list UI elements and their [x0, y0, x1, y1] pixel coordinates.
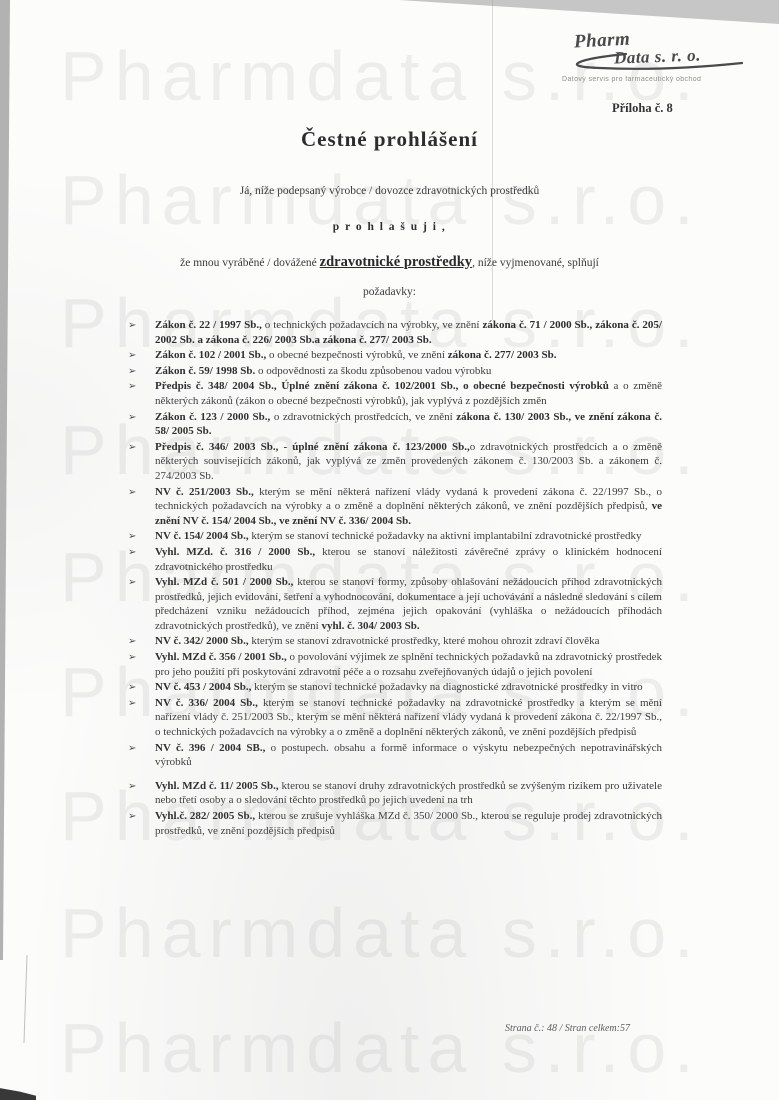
regulation-description: kterým se stanoví technické požadavky na… [251, 681, 642, 693]
regulation-reference: Zákon č. 59/ 1998 Sb. [155, 365, 255, 377]
list-item: ➢NV č. 453 / 2004 Sb., kterým se stanoví… [128, 680, 662, 695]
list-item: ➢Předpis č. 346/ 2003 Sb., - úplné znění… [128, 440, 662, 484]
regulation-reference: NV č. 342/ 2000 Sb., [155, 635, 249, 647]
regulation-reference: Zákon č. 102 / 2001 Sb., [155, 349, 266, 361]
list-item: ➢Zákon č. 59/ 1998 Sb. o odpovědnosti za… [128, 364, 662, 379]
regulation-description: kterým se stanoví zdravotnické prostředk… [249, 635, 600, 647]
intro-line-prefix: že mnou vyráběné / dovážené [180, 257, 320, 269]
logo-text-data: Data s. r. o. [614, 45, 701, 68]
intro-emphasis: zdravotnické prostředky [320, 254, 472, 270]
arrow-bullet-icon: ➢ [128, 576, 136, 591]
arrow-bullet-icon: ➢ [128, 380, 136, 395]
regulation-reference: Předpis č. 348/ 2004 Sb., Úplné znění zá… [155, 380, 609, 392]
list-item: ➢NV č. 396 / 2004 SB., o postupech. obsa… [128, 741, 662, 770]
regulation-reference: Vyhl. MZd č. 501 / 2000 Sb., [155, 576, 293, 588]
regulation-reference: vyhl. č. 304/ 2003 Sb. [321, 620, 419, 632]
regulation-reference: Zákon č. 22 / 1997 Sb., [155, 319, 262, 331]
intro-line: požadavky: [0, 286, 779, 298]
regulation-description: o technických požadavcích na výrobky, ve… [262, 319, 483, 331]
attachment-label: Příloha č. 8 [612, 101, 673, 116]
arrow-bullet-icon: ➢ [128, 365, 136, 380]
arrow-bullet-icon: ➢ [128, 651, 136, 666]
regulation-description: kterým se stanoví technické požadavky na… [249, 530, 642, 542]
arrow-bullet-icon: ➢ [128, 546, 136, 561]
document-content: Pharm Data s. r. o. Datový servis pro fa… [0, 0, 779, 1100]
regulation-description: o obecné bezpečnosti výrobků, ve znění [266, 349, 447, 361]
list-item: ➢Zákon č. 102 / 2001 Sb., o obecné bezpe… [128, 348, 662, 363]
list-item: ➢NV č. 154/ 2004 Sb., kterým se stanoví … [128, 529, 662, 544]
regulation-reference: Vyhl. MZd. č. 316 / 2000 Sb., [155, 546, 315, 558]
regulation-reference: Vyhl. MZd č. 11/ 2005 Sb., [155, 780, 279, 792]
pharmdata-logo: Pharm Data s. r. o. Datový servis pro fa… [556, 30, 756, 94]
regulation-reference: NV č. 396 / 2004 SB., [155, 742, 265, 754]
intro-line: že mnou vyráběné / dovážené zdravotnické… [0, 254, 779, 271]
regulation-description: o zdravotnických prostředcích, ve znění [270, 411, 456, 423]
declaration-word: p r o h l a š u j i , [0, 221, 779, 233]
regulation-reference: Vyhl. MZd č. 356 / 2001 Sb., [155, 651, 287, 663]
list-item: ➢Předpis č. 348/ 2004 Sb., Úplné znění z… [128, 379, 662, 408]
list-item: ➢Vyhl.č. 282/ 2005 Sb., kterou se zrušuj… [128, 809, 662, 838]
page-title: Čestné prohlášení [0, 127, 779, 152]
arrow-bullet-icon: ➢ [128, 635, 136, 650]
list-item: ➢Vyhl. MZd č. 356 / 2001 Sb., o povolová… [128, 650, 662, 679]
list-item: ➢Zákon č. 22 / 1997 Sb., o technických p… [128, 318, 662, 347]
list-item: ➢NV č. 342/ 2000 Sb., kterým se stanoví … [128, 634, 662, 649]
intro-line-suffix: , níže vyjmenované, splňují [472, 257, 599, 269]
arrow-bullet-icon: ➢ [128, 349, 136, 364]
arrow-bullet-icon: ➢ [128, 810, 136, 825]
arrow-bullet-icon: ➢ [128, 411, 136, 426]
list-item: ➢Vyhl. MZd č. 11/ 2005 Sb., kterou se st… [128, 779, 662, 808]
list-item: ➢Vyhl. MZd. č. 316 / 2000 Sb., kterou se… [128, 545, 662, 574]
arrow-bullet-icon: ➢ [128, 319, 136, 334]
list-item: ➢Vyhl. MZd č. 501 / 2000 Sb., kterou se … [128, 575, 662, 633]
regulation-reference: NV č. 154/ 2004 Sb., [155, 530, 249, 542]
regulation-description: o odpovědnosti za škodu způsobenou vadou… [255, 365, 491, 377]
scanned-document-page: Pharmdata s.r.o.Pharmdata s.r.o.Pharmdat… [0, 0, 779, 1100]
list-item: ➢NV č. 251/2003 Sb., kterým se mění někt… [128, 485, 662, 529]
arrow-bullet-icon: ➢ [128, 441, 136, 456]
arrow-bullet-icon: ➢ [128, 697, 136, 712]
regulation-reference: Předpis č. 346/ 2003 Sb., - úplné znění … [155, 441, 470, 453]
regulation-reference: zákona č. 277/ 2003 Sb. [448, 349, 557, 361]
regulation-reference: Zákon č. 123 / 2000 Sb., [155, 411, 270, 423]
intro-line: Já, níže podepsaný výrobce / dovozce zdr… [0, 185, 779, 197]
regulation-list: ➢Zákon č. 22 / 1997 Sb., o technických p… [128, 318, 662, 839]
logo-tagline: Datový servis pro farmaceutický obchod [562, 76, 762, 83]
regulation-reference: NV č. 251/2003 Sb., [155, 486, 254, 498]
page-number-footer: Strana č.: 48 / Stran celkem:57 [505, 1023, 630, 1034]
arrow-bullet-icon: ➢ [128, 742, 136, 757]
regulation-reference: NV č. 453 / 2004 Sb., [155, 681, 251, 693]
arrow-bullet-icon: ➢ [128, 530, 136, 545]
regulation-reference: NV č. 336/ 2004 Sb., [155, 697, 258, 709]
arrow-bullet-icon: ➢ [128, 681, 136, 696]
arrow-bullet-icon: ➢ [128, 780, 136, 795]
list-item: ➢NV č. 336/ 2004 Sb., kterým se stanoví … [128, 696, 662, 740]
arrow-bullet-icon: ➢ [128, 486, 136, 501]
list-item: ➢Zákon č. 123 / 2000 Sb., o zdravotnický… [128, 410, 662, 439]
regulation-reference: Vyhl.č. 282/ 2005 Sb., [155, 810, 255, 822]
